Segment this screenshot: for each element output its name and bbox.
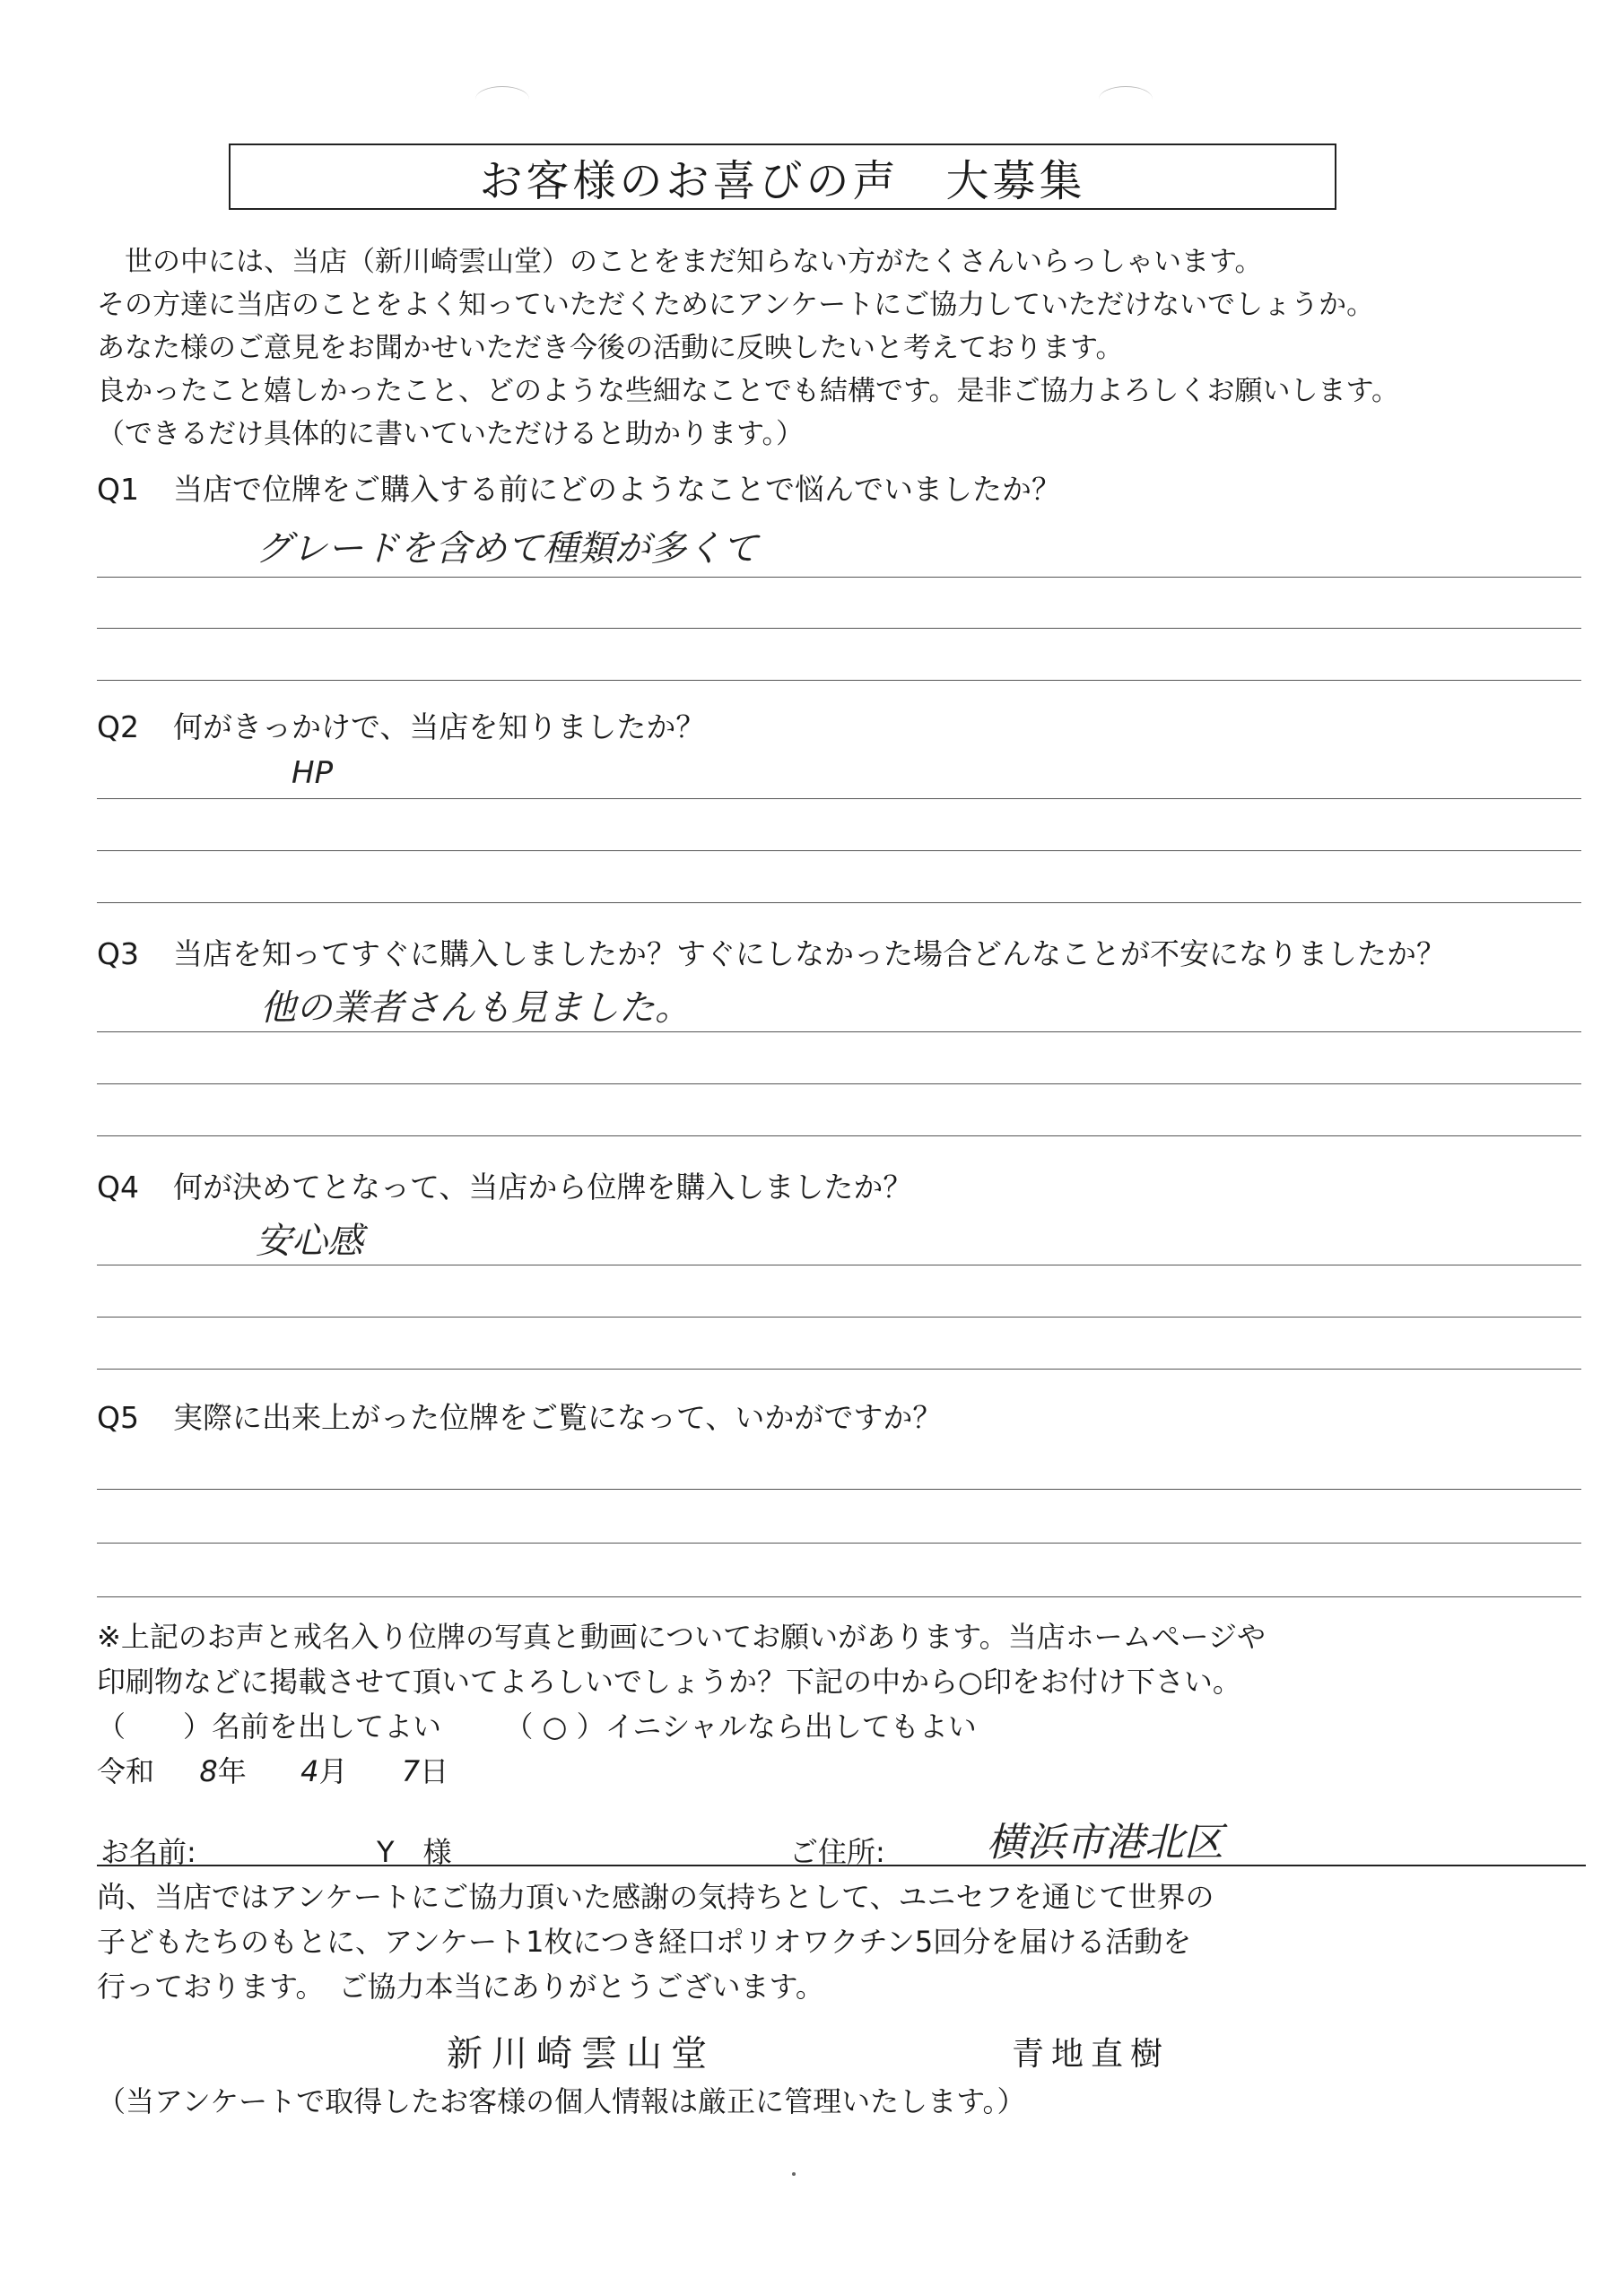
question-text: 何が決めてとなって、当店から位牌を購入しましたか？ xyxy=(173,1170,912,1205)
question-4: Q4何が決めてとなって、当店から位牌を購入しましたか？ xyxy=(97,1164,912,1206)
title-text: お客様のお喜びの声 大募集 xyxy=(479,146,1085,208)
intro-line: （できるだけ具体的に書いていただけると助かります。） xyxy=(97,413,1586,456)
answer-line xyxy=(97,1265,1581,1265)
intro-line: その方達に当店のことをよく知っていただくためにアンケートにご協力していただけない… xyxy=(97,283,1586,326)
answer-line xyxy=(97,798,1581,799)
date-era: 令和 xyxy=(97,1754,154,1788)
answer-line xyxy=(97,628,1581,629)
page-title: お客様のお喜びの声 大募集 xyxy=(229,143,1336,210)
answer-line xyxy=(97,1317,1581,1318)
question-text: 当店を知ってすぐに購入しましたか？すぐにしなかった場合どんなことが不安になりまし… xyxy=(173,936,1446,971)
question-3: Q3当店を知ってすぐに購入しましたか？すぐにしなかった場合どんなことが不安になり… xyxy=(97,931,1446,973)
date-row: 令和 8年 4月 7日 xyxy=(97,1749,1604,1794)
divider xyxy=(97,1865,1586,1866)
question-1: Q1当店で位牌をご購入する前にどのようなことで悩んでいましたか？ xyxy=(97,466,1061,509)
footer-line: 子どもたちのもとに、アンケート1枚につき経口ポリオワクチン5回分を届ける活動を xyxy=(97,1919,1604,1964)
consent-options: （ ）名前を出してよい （ ○ ）イニシャルなら出してもよい xyxy=(97,1704,1604,1749)
owner-name: 青地直樹 xyxy=(1012,2029,1170,2074)
question-number: Q3 xyxy=(97,936,173,971)
answer-line xyxy=(97,902,1581,903)
option-name-mark[interactable]: （ ） xyxy=(97,1709,212,1744)
punch-hole-left xyxy=(475,86,529,112)
answer-line xyxy=(97,1543,1581,1544)
answer-4[interactable]: 安心感 xyxy=(256,1213,363,1264)
date-year-label: 年 xyxy=(218,1754,247,1788)
scan-speck xyxy=(792,2172,796,2176)
option-initial-mark[interactable]: （ ○ ） xyxy=(504,1709,605,1744)
shop-name: 新川崎雲山堂 xyxy=(447,2025,716,2076)
question-text: 何がきっかけで、当店を知りましたか？ xyxy=(173,709,705,744)
privacy-note: （当アンケートで取得したお客様の個人情報は厳正に管理いたします。） xyxy=(97,2079,1026,2120)
footer-line: 行っております。 ご協力本当にありがとうございます。 xyxy=(97,1964,1604,2009)
question-text: 当店で位牌をご購入する前にどのようなことで悩んでいましたか？ xyxy=(173,472,1061,507)
question-number: Q5 xyxy=(97,1400,173,1435)
question-number: Q2 xyxy=(97,709,173,744)
consent-line: 印刷物などに掲載させて頂いてよろしいでしょうか？下記の中から○印をお付け下さい。 xyxy=(97,1659,1604,1704)
answer-line xyxy=(97,1083,1581,1084)
consent-section: ※上記のお声と戒名入り位牌の写真と動画についてお願いがあります。当店ホームページ… xyxy=(97,1614,1604,1794)
date-month-label: 月 xyxy=(318,1754,347,1788)
question-5: Q5実際に出来上がった位牌をご覧になって、いかがですか？ xyxy=(97,1395,942,1437)
answer-3[interactable]: 他の業者さんも見ました。 xyxy=(260,979,691,1031)
consent-line: ※上記のお声と戒名入り位牌の写真と動画についてお願いがあります。当店ホームページ… xyxy=(97,1614,1604,1659)
answer-line xyxy=(97,577,1581,578)
intro-line: 良かったこと嬉しかったこと、どのような些細なことでも結構です。是非ご協力よろしく… xyxy=(97,370,1586,413)
answer-line xyxy=(97,1489,1581,1490)
question-number: Q1 xyxy=(97,472,173,507)
intro-line: あなた様のご意見をお聞かせいただき今後の活動に反映したいと考えております。 xyxy=(97,326,1586,370)
answer-2[interactable]: HP xyxy=(292,755,333,791)
date-day-label: 日 xyxy=(420,1754,448,1788)
answer-line xyxy=(97,680,1581,681)
footer-paragraph: 尚、当店ではアンケートにご協力頂いた感謝の気持ちとして、ユニセフを通じて世界の … xyxy=(97,1874,1604,2009)
intro-paragraph: 世の中には、当店（新川崎雲山堂）のことをまだ知らない方がたくさんいらっしゃいます… xyxy=(97,240,1586,456)
answer-line xyxy=(97,1369,1581,1370)
question-number: Q4 xyxy=(97,1170,173,1205)
footer-line: 尚、当店ではアンケートにご協力頂いた感謝の気持ちとして、ユニセフを通じて世界の xyxy=(97,1874,1604,1919)
address-value[interactable]: 横浜市港北区 xyxy=(987,1810,1223,1867)
date-year[interactable]: 8 xyxy=(199,1754,217,1788)
date-month[interactable]: 4 xyxy=(300,1754,318,1788)
answer-line xyxy=(97,1135,1581,1136)
option-initial-label: イニシャルなら出してもよい xyxy=(605,1709,977,1744)
option-name-label: 名前を出してよい xyxy=(212,1709,441,1744)
answer-line xyxy=(97,850,1581,851)
punch-hole-right xyxy=(1099,86,1153,112)
answer-line xyxy=(97,1596,1581,1597)
question-text: 実際に出来上がった位牌をご覧になって、いかがですか？ xyxy=(173,1400,942,1435)
question-2: Q2何がきっかけで、当店を知りましたか？ xyxy=(97,704,705,746)
answer-1[interactable]: グレードを含めて種類が多くて xyxy=(256,520,758,571)
date-day[interactable]: 7 xyxy=(402,1754,420,1788)
intro-line: 世の中には、当店（新川崎雲山堂）のことをまだ知らない方がたくさんいらっしゃいます… xyxy=(97,240,1586,283)
answer-line xyxy=(97,1031,1581,1032)
